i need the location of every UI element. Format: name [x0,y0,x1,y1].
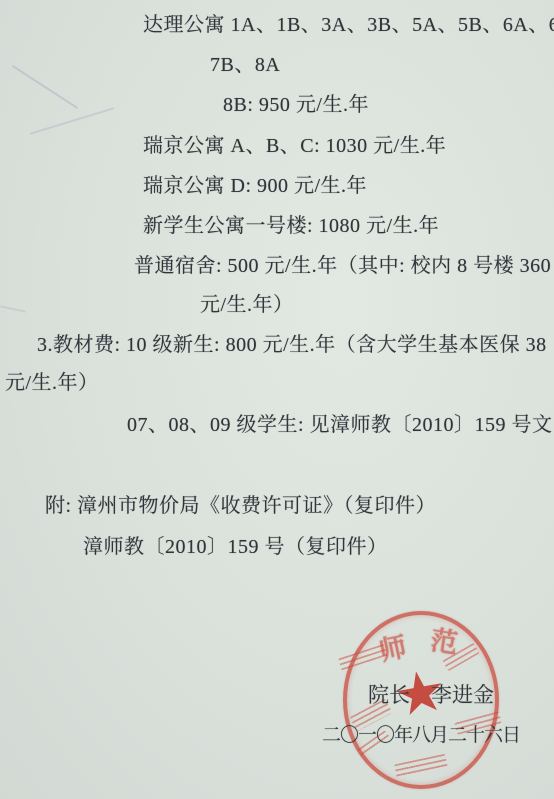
fee-line-textbook-fee-cont: 元/生.年） [5,371,99,395]
fee-line-new-apartment-no1: 新学生公寓一号楼: 1080 元/生.年 [143,214,439,238]
fee-line-ordinary-dorm-cont: 元/生.年） [200,293,294,317]
fee-line-8b-price: 8B: 950 元/生.年 [223,93,369,117]
fee-line-ordinary-dorm: 普通宿舍: 500 元/生.年（其中: 校内 8 号楼 360 [134,254,551,278]
fee-line-dali-apartments: 达理公寓 1A、1B、3A、3B、5A、5B、6A、6B、7A、 [143,13,554,37]
scan-artifact-line [12,65,79,109]
fee-line-ruijing-d: 瑞京公寓 D: 900 元/生.年 [143,174,367,198]
president-signature: 院长 李进金 [368,679,494,709]
attachment-line-price-bureau-permit: 附: 漳州市物价局《收费许可证》（复印件） [45,494,436,518]
fee-line-older-students-reference: 07、08、09 级学生: 见漳师教〔2010〕159 号文 [127,413,553,437]
scan-artifact-line [0,305,26,312]
scanned-fee-notice-page: { "page": { "background_color": "#dae1db… [0,0,554,799]
fee-line-dali-apartments-cont: 7B、8A [210,53,280,77]
scan-artifact-line [30,107,115,135]
fee-line-textbook-fee: 3.教材费: 10 级新生: 800 元/生.年（含大学生基本医保 38 [37,333,547,357]
fee-line-ruijing-abc: 瑞京公寓 A、B、C: 1030 元/生.年 [143,134,446,158]
signature-date: 二〇一〇年八月二十六日 [322,720,520,747]
attachment-line-document-159: 漳师教〔2010〕159 号（复印件） [83,535,388,559]
